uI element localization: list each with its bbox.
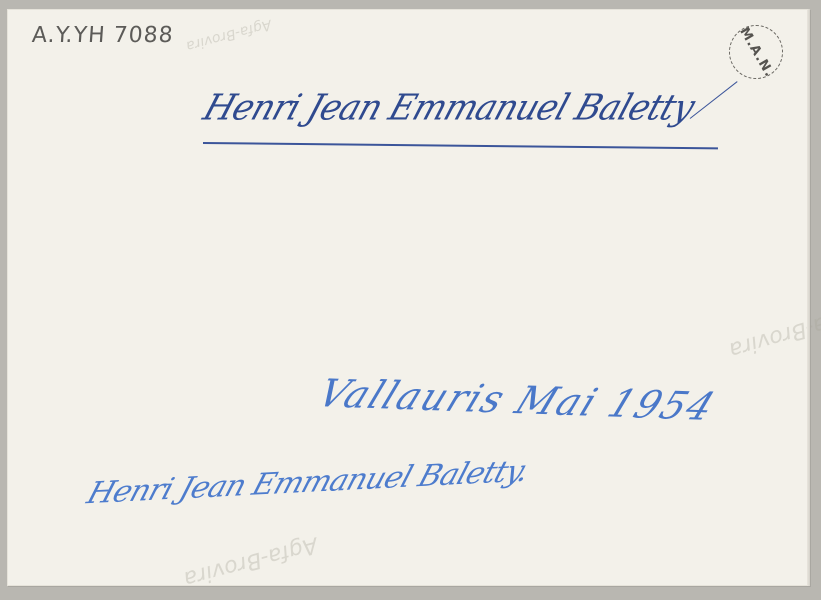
signature-top: Henri Jean Emmanuel Baletty	[198, 87, 699, 129]
collection-stamp: M.A.N.	[729, 25, 783, 79]
paper-watermark: Agfa-Brovira	[184, 16, 273, 54]
paper-watermark: Agfa-Brovira	[726, 301, 821, 363]
stamp-text: M.A.N.	[736, 24, 776, 79]
paper-watermark: Agfa-Brovira	[181, 532, 320, 592]
catalog-number: A.Y.YH 7088	[31, 23, 174, 48]
